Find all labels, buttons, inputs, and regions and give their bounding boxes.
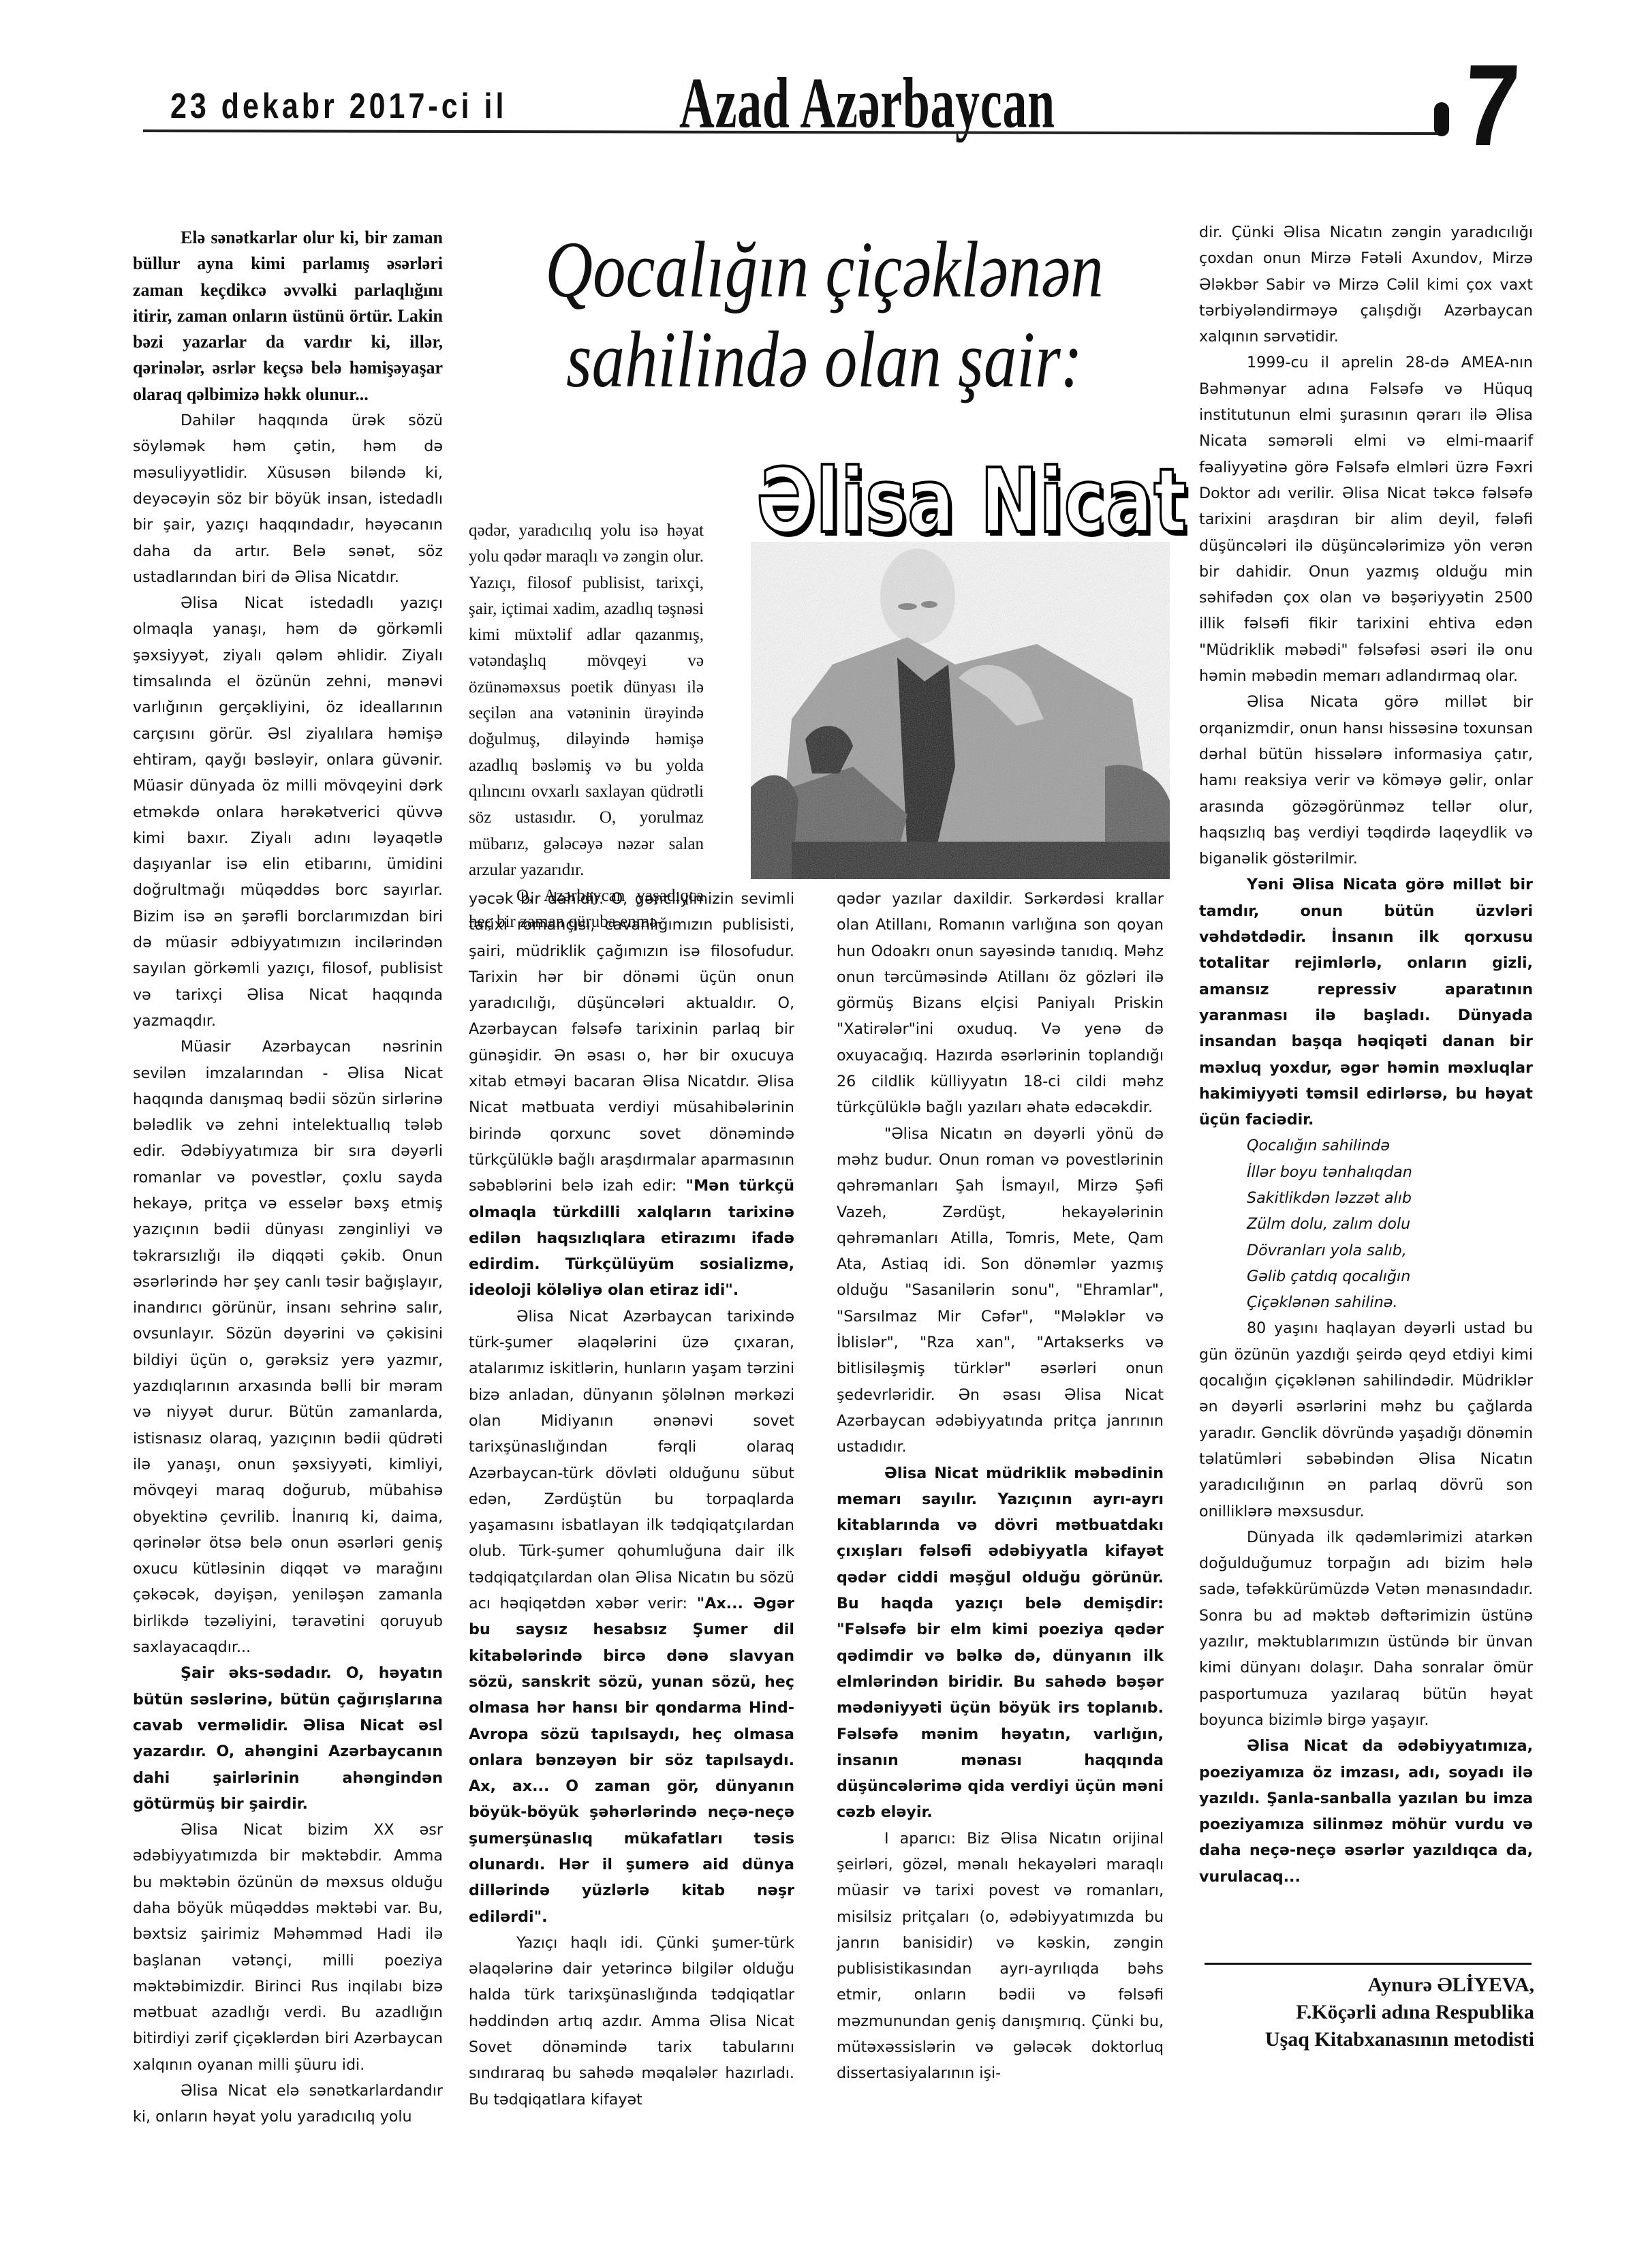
headline-line-2: sahilində olan şair: [540,315,1109,405]
author-name: Aynurə ƏLİYEVA, [1199,1972,1534,1999]
author-affiliation: Uşaq Kitabxanasının metodisti [1199,2026,1534,2053]
poem-line: Dövranları yola salıb, [1247,1238,1533,1263]
poem-excerpt: Qocalığın sahilində İllər boyu tənhalıqd… [1199,1133,1533,1315]
paragraph: qədər, yaradıcılıq yolu isə həyat yolu q… [469,518,704,883]
author-signature: Aynurə ƏLİYEVA, F.Köçərli adına Respubli… [1199,1972,1534,2053]
signature-rule [1205,1963,1532,1965]
article-column-2-top: qədər, yaradıcılıq yolu isə həyat yolu q… [469,518,704,936]
poem-line: Gəlib çatdıq qocalığın [1247,1263,1533,1289]
paragraph: 80 yaşını haqlayan dəyərli ustad bu gün … [1199,1315,1533,1524]
paragraph-bold: Şair əks-sədadır. O, həyatın bütün səslə… [133,1660,443,1817]
article-column-4: dir. Çünki Əlisa Nicatın zəngin yaradıcı… [1199,219,1533,1890]
author-affiliation: F.Köçərli adına Respublika [1199,1999,1534,2026]
poet-name-banner: Əlisa Nicat [756,453,1075,549]
paragraph: qədər yazılar daxildir. Sərkərdəsi krall… [837,886,1164,1121]
paragraph: Dahilər haqqında ürək sözü söyləmək həm … [133,408,443,590]
quote-bold: "Mən türkçü olmaqla türkdilli xalqların … [469,1177,794,1299]
paragraph: Əlisa Nicat Azərbaycan tarixində türk-şu… [469,1304,794,1930]
masthead: 23 dekabr 2017-ci il Azad Azərbaycan 7 [136,55,1553,170]
paragraph-bold: Əlisa Nicat da ədəbiyyatımıza, poeziyamı… [1199,1733,1533,1890]
article-column-3: qədər yazılar daxildir. Sərkərdəsi krall… [837,886,1164,2087]
issue-date: 23 dekabr 2017-ci il [170,87,507,127]
headline-line-1: Qocalığın çiçəklənən [540,225,1109,315]
paragraph-text: yəcək bir dahidir. O, gəncliyimizin sevi… [469,890,794,1195]
poem-line: Çiçəklənən sahilinə. [1247,1289,1533,1315]
paragraph: Əlisa Nicat istedadlı yazıçı olmaqla yan… [133,590,443,1034]
paragraph-bold: Əlisa Nicat müdriklik məbədinin memarı s… [837,1460,1164,1826]
paragraph: Yazıçı haqlı idi. Çünki şumer-türk əlaqə… [469,1930,794,2113]
paragraph: Müasir Azərbaycan nəsrinin sevilən imzal… [133,1034,443,1660]
bullet-dot-icon [1434,102,1449,136]
paragraph-text: Əlisa Nicat Azərbaycan tarixində türk-şu… [469,1308,794,1612]
quote-bold: "Ax... Əgər bu saysız hesabsız Şumer dil… [469,1595,794,1926]
paragraph: Dünyada ilk qədəmlərimizi atarkən doğuld… [1199,1524,1533,1733]
poem-line: Qocalığın sahilində [1247,1133,1533,1159]
paragraph: dir. Çünki Əlisa Nicatın zəngin yaradıcı… [1199,219,1533,350]
paragraph-bold: Yəni Əlisa Nicata görə millət bir tamdır… [1199,872,1533,1133]
paragraph: 1999-cu il aprelin 28-də AMEA-nın Bəhmən… [1199,350,1533,689]
paragraph: "Əlisa Nicatın ən dəyərli yönü də məhz b… [837,1121,1164,1460]
article-headline: Qocalığın çiçəklənən sahilində olan şair… [540,225,1109,405]
page-number: 7 [1461,48,1522,164]
paragraph: Əlisa Nicata görə millət bir orqanizmdir… [1199,689,1533,872]
paragraph: Əlisa Nicat bizim XX əsr ədəbiyyatımızda… [133,1817,443,2078]
portrait-image-icon [751,542,1170,879]
poem-line: İllər boyu tənhalıqdan [1247,1159,1533,1185]
poem-line: Zülm dolu, zalım dolu [1247,1211,1533,1237]
paragraph: yəcək bir dahidir. O, gəncliyimizin sevi… [469,886,794,1304]
lead-paragraph: Elə sənətkarlar olur ki, bir zaman büllu… [133,225,443,408]
paragraph: I aparıcı: Biz Əlisa Nicatın orijinal şe… [837,1826,1164,2087]
poem-line: Sakitlikdən ləzzət alıb [1247,1185,1533,1211]
article-column-2: yəcək bir dahidir. O, gəncliyimizin sevi… [469,886,794,2113]
portrait-photo [751,542,1170,879]
paragraph: Əlisa Nicat elə sənətkarlardandır ki, on… [133,2078,443,2130]
article-column-1: Elə sənətkarlar olur ki, bir zaman büllu… [133,225,443,2130]
